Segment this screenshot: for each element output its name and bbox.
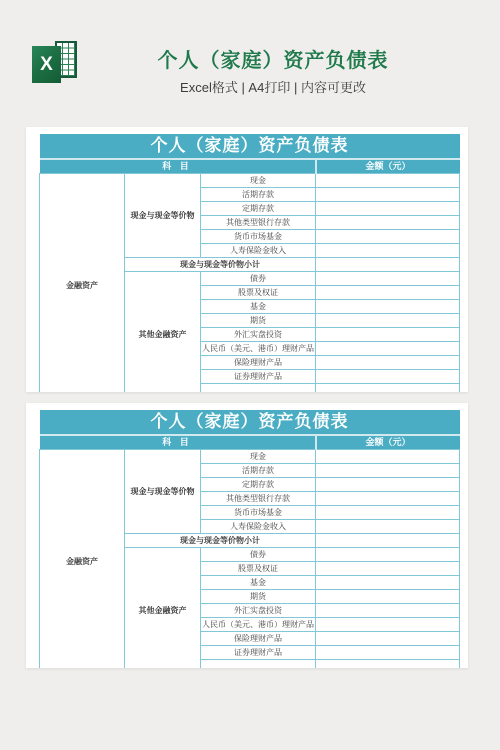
amount-cell [316, 618, 460, 632]
amount-cell [316, 660, 460, 669]
item-cell: 外汇实盘投资 [201, 604, 316, 618]
group-cell: 其他金融资产 [125, 272, 201, 393]
item-row: 金融资产现金与现金等价物现金 [40, 450, 460, 464]
column-header-row: 科 目金额（元） [40, 435, 460, 450]
amount-cell [316, 216, 460, 230]
item-cell: 定期存款 [201, 478, 316, 492]
item-cell [201, 660, 316, 669]
category-cell: 金融资产 [40, 450, 125, 669]
template-header: X 个人（家庭）资产负债表 Excel格式 | A4打印 | 内容可更改 [0, 0, 500, 127]
item-cell: 活期存款 [201, 464, 316, 478]
excel-x-icon: X [32, 46, 61, 83]
amount-cell [316, 506, 460, 520]
category-cell: 金融资产 [40, 174, 125, 393]
item-cell: 其他类型银行存款 [201, 216, 316, 230]
amount-cell [316, 370, 460, 384]
item-cell [201, 384, 316, 393]
item-cell: 现金 [201, 450, 316, 464]
amount-cell [316, 314, 460, 328]
balance-sheet-preview-2: 个人（家庭）资产负债表科 目金额（元）金融资产现金与现金等价物现金活期存款定期存… [39, 410, 459, 668]
item-cell: 证券理财产品 [201, 370, 316, 384]
amount-cell [316, 300, 460, 314]
item-cell: 货币市场基金 [201, 506, 316, 520]
item-cell: 定期存款 [201, 202, 316, 216]
amount-cell [316, 384, 460, 393]
item-cell: 活期存款 [201, 188, 316, 202]
item-cell: 人寿保险金收入 [201, 244, 316, 258]
item-cell: 其他类型银行存款 [201, 492, 316, 506]
item-cell: 货币市场基金 [201, 230, 316, 244]
subtotal-cell: 现金与现金等价物小计 [125, 258, 316, 272]
preview-card-1[interactable]: 个人（家庭）资产负债表科 目金额（元）金融资产现金与现金等价物现金活期存款定期存… [26, 127, 468, 392]
item-cell: 人寿保险金收入 [201, 520, 316, 534]
amount-cell [316, 286, 460, 300]
item-cell: 基金 [201, 300, 316, 314]
amount-cell [316, 548, 460, 562]
amount-cell [316, 492, 460, 506]
amount-cell [316, 590, 460, 604]
balance-sheet-table: 个人（家庭）资产负债表科 目金额（元）金融资产现金与现金等价物现金活期存款定期存… [39, 410, 460, 668]
item-cell: 基金 [201, 576, 316, 590]
amount-cell [316, 342, 460, 356]
amount-cell [316, 174, 460, 188]
page-title: 个人（家庭）资产负债表 [0, 44, 500, 73]
item-cell: 债券 [201, 272, 316, 286]
amount-cell [316, 576, 460, 590]
amount-cell [316, 632, 460, 646]
sheet-title-row: 个人（家庭）资产负债表 [40, 410, 460, 435]
sheet-title: 个人（家庭）资产负债表 [40, 410, 460, 435]
amount-cell [316, 604, 460, 618]
group-cell: 其他金融资产 [125, 548, 201, 669]
subtotal-cell: 现金与现金等价物小计 [125, 534, 316, 548]
item-cell: 保险理财产品 [201, 356, 316, 370]
amount-cell [316, 230, 460, 244]
amount-cell [316, 258, 460, 272]
col-header-subject: 科 目 [40, 159, 316, 174]
item-cell: 现金 [201, 174, 316, 188]
col-header-subject: 科 目 [40, 435, 316, 450]
amount-cell [316, 356, 460, 370]
amount-cell [316, 244, 460, 258]
item-cell: 股票及权证 [201, 286, 316, 300]
item-cell: 人民币（美元、港币）理财产品 [201, 618, 316, 632]
amount-cell [316, 188, 460, 202]
amount-cell [316, 202, 460, 216]
amount-cell [316, 534, 460, 548]
amount-cell [316, 478, 460, 492]
item-cell: 外汇实盘投资 [201, 328, 316, 342]
amount-cell [316, 272, 460, 286]
balance-sheet-table: 个人（家庭）资产负债表科 目金额（元）金融资产现金与现金等价物现金活期存款定期存… [39, 134, 460, 392]
amount-cell [316, 646, 460, 660]
group-cell: 现金与现金等价物 [125, 450, 201, 534]
column-header-row: 科 目金额（元） [40, 159, 460, 174]
page-subtitle: Excel格式 | A4打印 | 内容可更改 [0, 77, 500, 96]
item-cell: 期货 [201, 590, 316, 604]
amount-cell [316, 328, 460, 342]
amount-cell [316, 520, 460, 534]
sheet-title: 个人（家庭）资产负债表 [40, 134, 460, 159]
sheet-title-row: 个人（家庭）资产负债表 [40, 134, 460, 159]
group-cell: 现金与现金等价物 [125, 174, 201, 258]
item-cell: 期货 [201, 314, 316, 328]
amount-cell [316, 562, 460, 576]
preview-card-2[interactable]: 个人（家庭）资产负债表科 目金额（元）金融资产现金与现金等价物现金活期存款定期存… [26, 403, 468, 668]
item-cell: 股票及权证 [201, 562, 316, 576]
item-cell: 人民币（美元、港币）理财产品 [201, 342, 316, 356]
col-header-amount: 金额（元） [316, 435, 460, 450]
item-cell: 保险理财产品 [201, 632, 316, 646]
amount-cell [316, 450, 460, 464]
item-cell: 证券理财产品 [201, 646, 316, 660]
item-cell: 债券 [201, 548, 316, 562]
col-header-amount: 金额（元） [316, 159, 460, 174]
amount-cell [316, 464, 460, 478]
balance-sheet-preview-1: 个人（家庭）资产负债表科 目金额（元）金融资产现金与现金等价物现金活期存款定期存… [39, 134, 459, 392]
item-row: 金融资产现金与现金等价物现金 [40, 174, 460, 188]
